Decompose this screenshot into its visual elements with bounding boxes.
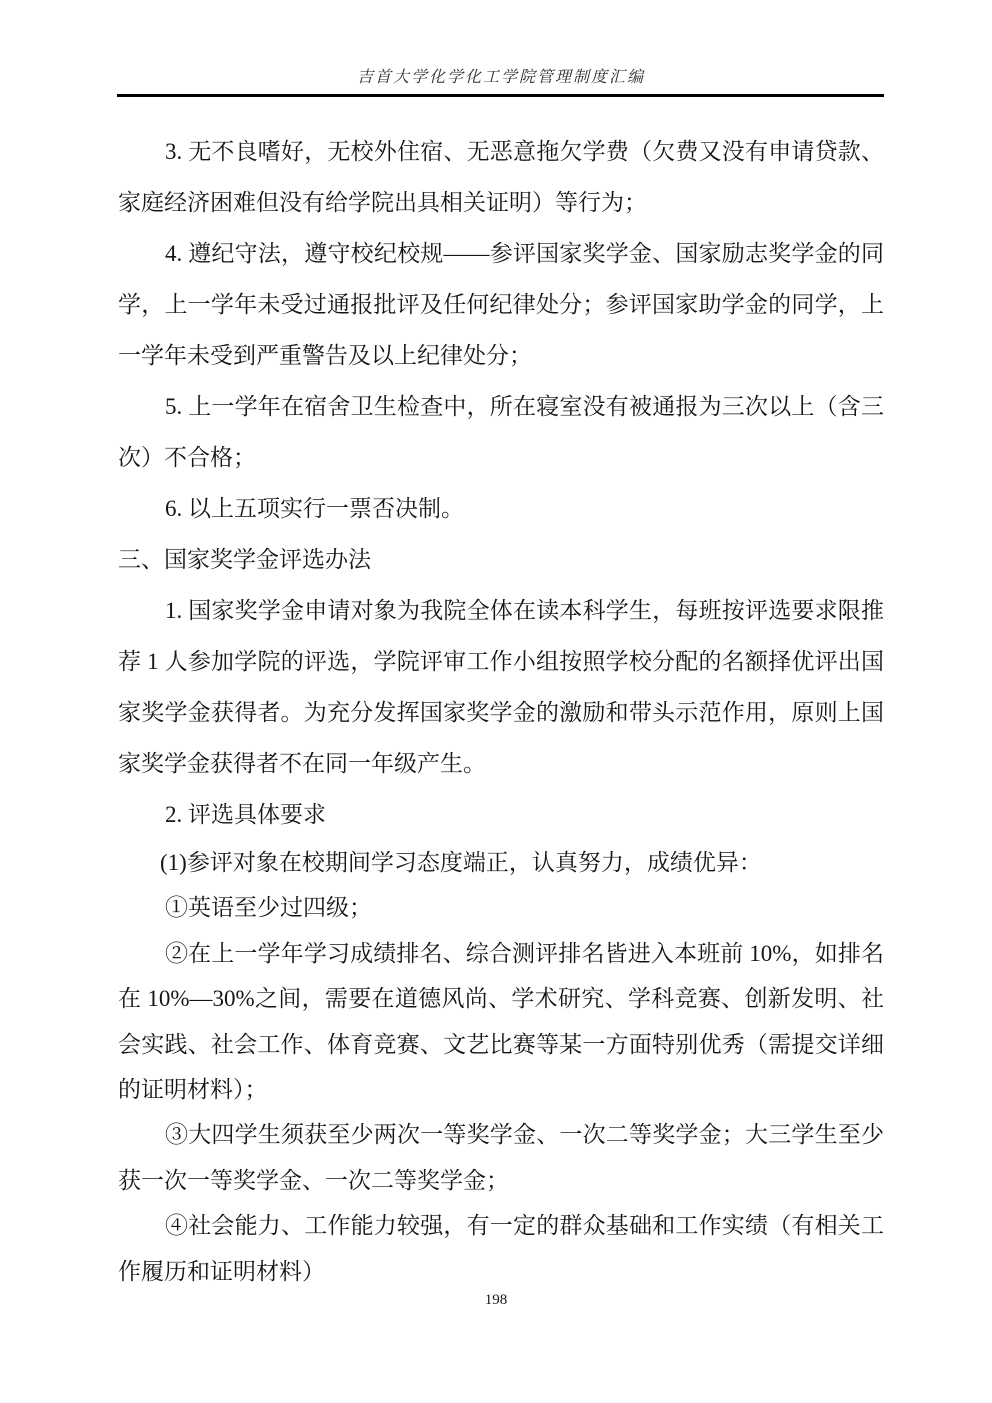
section-heading-three: 三、国家奖学金评选办法 [118, 534, 884, 585]
paragraph-item-3: 3. 无不良嗜好，无校外住宿、无恶意拖欠学费（欠费又没有申请贷款、家庭经济困难但… [118, 126, 884, 228]
paragraph-circle-3: ③大四学生须获至少两次一等奖学金、一次二等奖学金；大三学生至少获一次一等奖学金、… [118, 1112, 884, 1203]
paragraph-item-5: 5. 上一学年在宿舍卫生检查中，所在寝室没有被通报为三次以上（含三次）不合格； [118, 381, 884, 483]
paragraph-circle-4: ④社会能力、工作能力较强，有一定的群众基础和工作实绩（有相关工作履历和证明材料） [118, 1203, 884, 1294]
paragraph-item-2: 2. 评选具体要求 [118, 789, 884, 840]
document-body: 3. 无不良嗜好，无校外住宿、无恶意拖欠学费（欠费又没有申请贷款、家庭经济困难但… [118, 126, 884, 1294]
page-header-title: 吉首大学化学化工学院管理制度汇编 [118, 64, 884, 87]
section-requirements: (1)参评对象在校期间学习态度端正，认真努力，成绩优异： ①英语至少过四级； ②… [118, 840, 884, 1294]
header-rule [117, 94, 884, 97]
paragraph-item-6: 6. 以上五项实行一票否决制。 [118, 483, 884, 534]
paragraph-circle-1: ①英语至少过四级； [118, 885, 884, 930]
paragraph-circle-2: ②在上一学年学习成绩排名、综合测评排名皆进入本班前 10%，如排名在 10%—3… [118, 931, 884, 1113]
paragraph-item-1: 1. 国家奖学金申请对象为我院全体在读本科学生，每班按评选要求限推荐 1 人参加… [118, 585, 884, 789]
page-number: 198 [0, 1292, 992, 1309]
paragraph-item-4: 4. 遵纪守法，遵守校纪校规——参评国家奖学金、国家励志奖学金的同学，上一学年未… [118, 228, 884, 381]
document-page: 吉首大学化学化工学院管理制度汇编 3. 无不良嗜好，无校外住宿、无恶意拖欠学费（… [0, 0, 992, 1403]
section-criteria: 3. 无不良嗜好，无校外住宿、无恶意拖欠学费（欠费又没有申请贷款、家庭经济困难但… [118, 126, 884, 840]
paragraph-sub-1: (1)参评对象在校期间学习态度端正，认真努力，成绩优异： [118, 840, 884, 885]
